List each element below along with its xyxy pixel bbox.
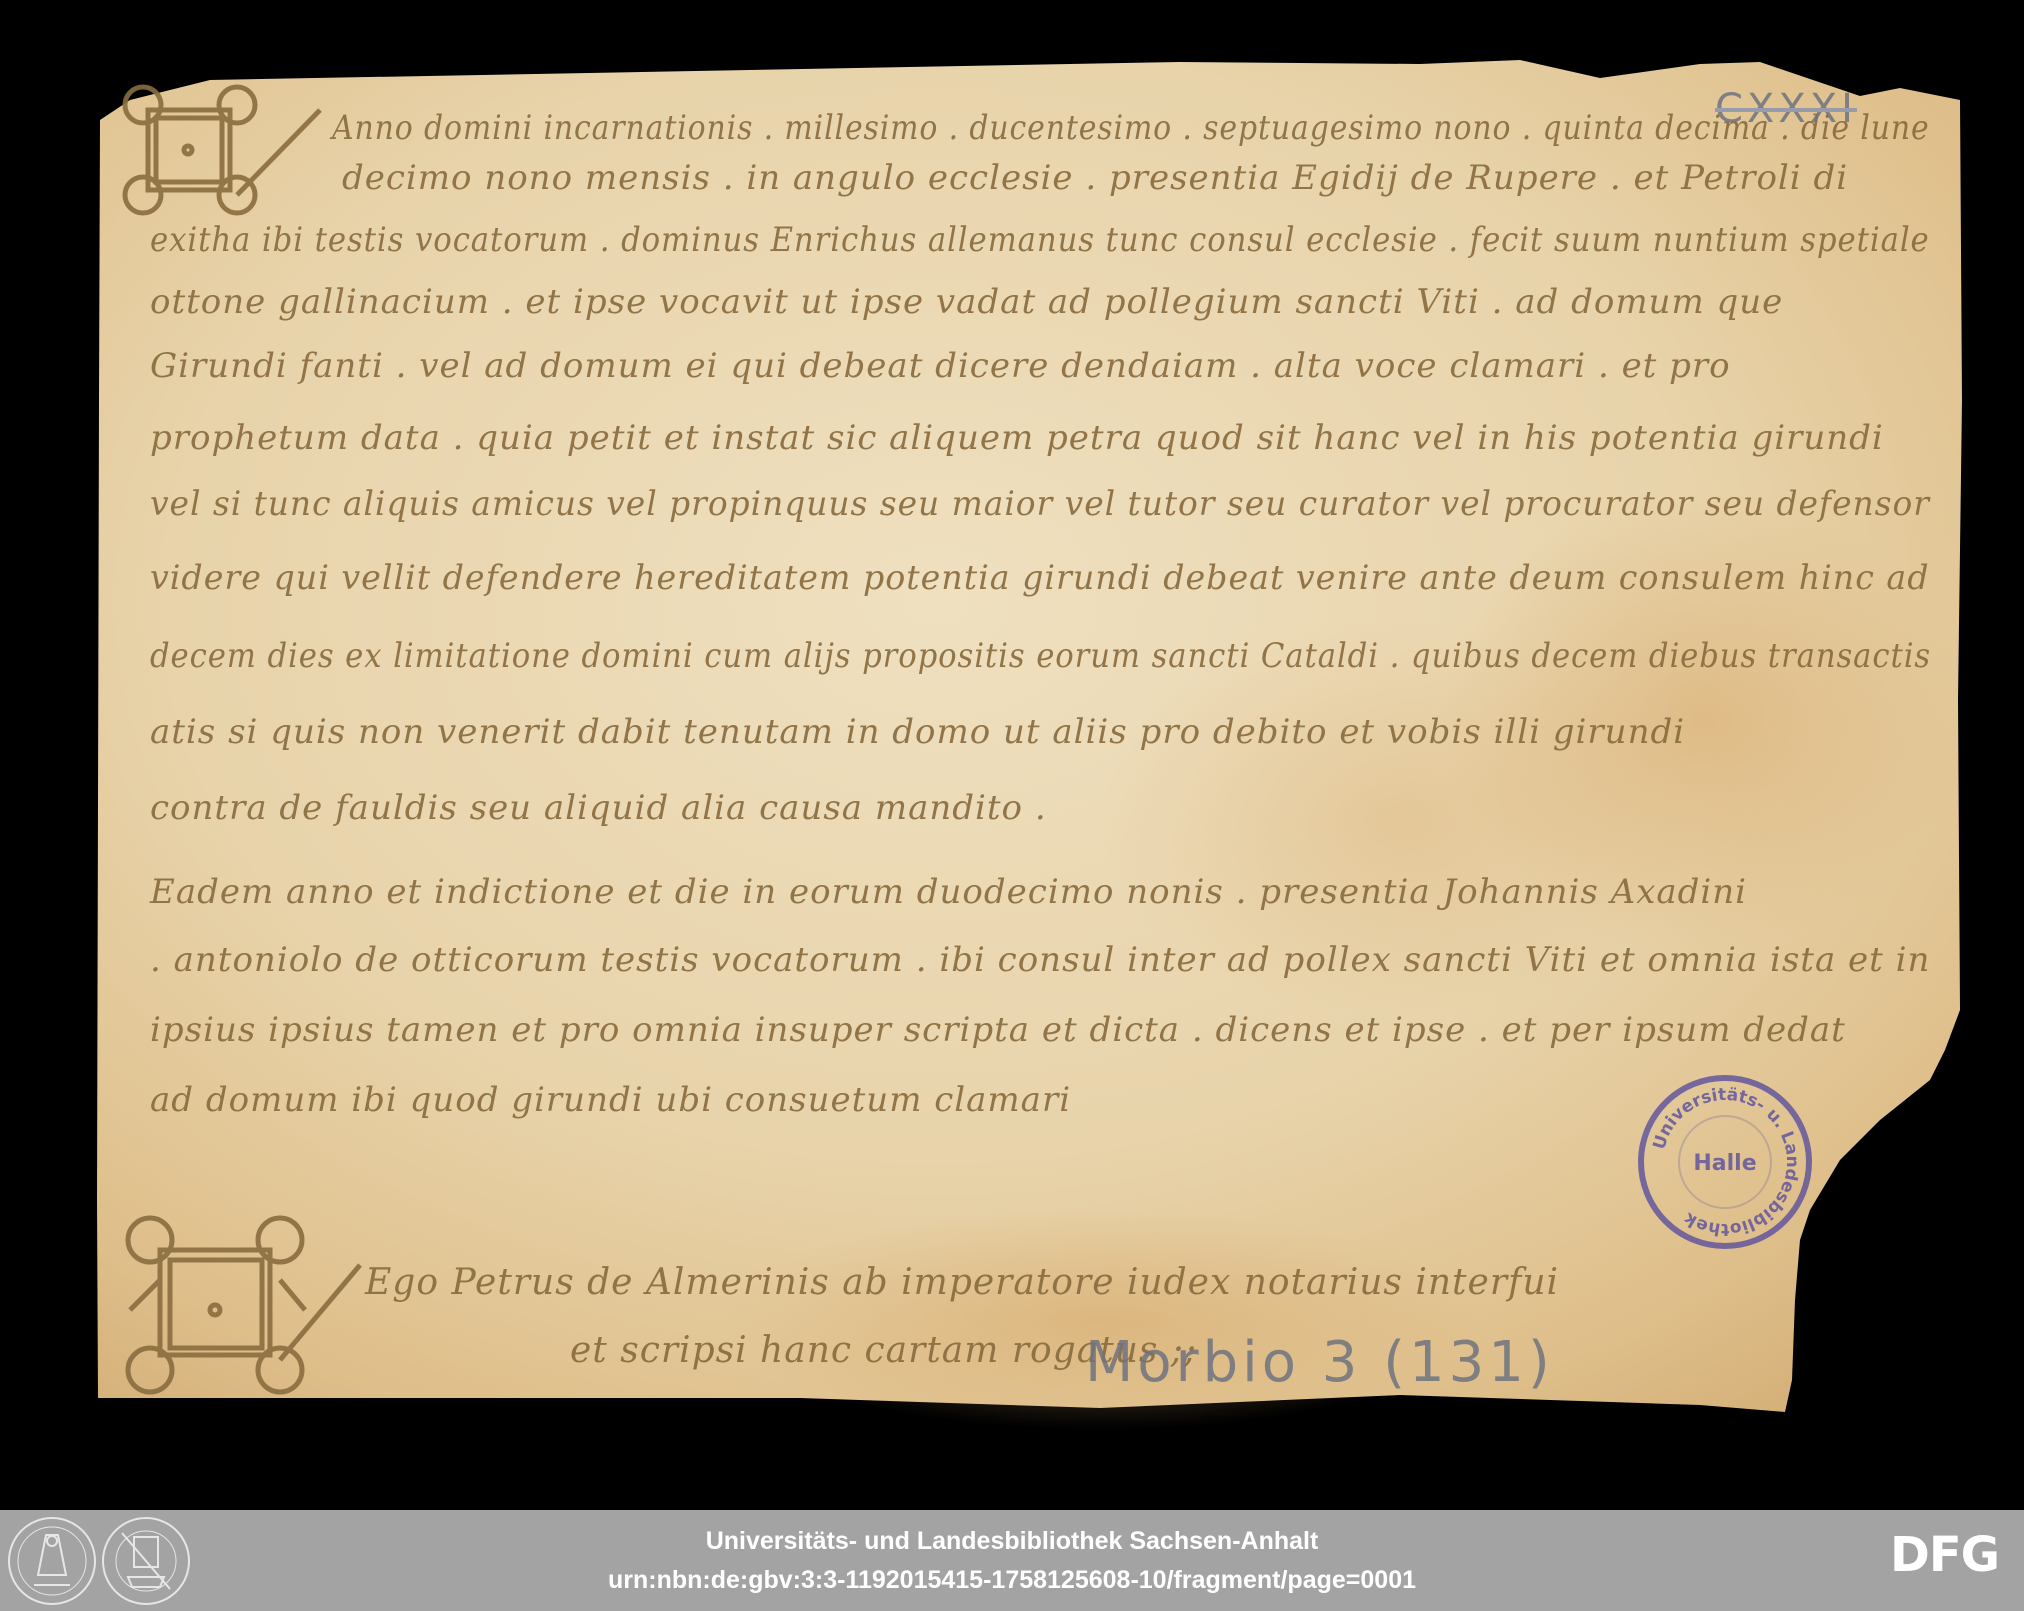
manuscript-line: videre qui vellit defendere hereditatem … [150,558,1930,598]
manuscript-line: ottone gallinacium . et ipse vocavit ut … [150,282,1783,322]
pencil-shelfmark: Morbio 3 (131) [1085,1330,1554,1395]
dfg-logo: DFG [1890,1531,1999,1579]
manuscript-line: Girundi fanti . vel ad domum ei qui debe… [150,346,1731,386]
manuscript-line: . antoniolo de otticorum testis vocatoru… [150,940,1930,980]
notary-subscription-line: Ego Petrus de Almerinis ab imperatore iu… [365,1262,1559,1303]
manuscript-line: Anno domini incarnationis . millesimo . … [332,108,1930,148]
library-stamp-icon: Universitäts- u. Landesbibliothek Halle [1635,1072,1815,1252]
manuscript-line: prophetum data . quia petit et instat si… [150,418,1884,458]
folio-number: CXXXI [1715,86,1857,132]
footer-bar: Universitäts- und Landesbibliothek Sachs… [0,1510,2024,1611]
manuscript-line: decimo nono mensis . in angulo ecclesie … [342,158,1848,198]
manuscript-line: atis si quis non venerit dabit tenutam i… [150,712,1685,752]
svg-text:Halle: Halle [1693,1151,1756,1176]
manuscript-line: contra de fauldis seu aliquid alia causa… [150,788,1047,828]
manuscript-line: ad domum ibi quod girundi ubi consuetum … [150,1080,1071,1120]
manuscript-line: Eadem anno et indictione et die in eorum… [150,872,1747,912]
manuscript-line: exitha ibi testis vocatorum . dominus En… [150,220,1930,260]
urn-link[interactable]: urn:nbn:de:gbv:3:3-1192015415-1758125608… [0,1566,2024,1595]
manuscript-line: ipsius ipsius tamen et pro omnia insuper… [150,1010,1846,1050]
manuscript-line: decem dies ex limitatione domini cum ali… [150,636,1931,676]
manuscript-line: vel si tunc aliquis amicus vel propinquu… [150,484,1930,524]
institution-name: Universitäts- und Landesbibliothek Sachs… [0,1527,2024,1556]
image-viewer: Anno domini incarnationis . millesimo . … [0,0,2024,1510]
